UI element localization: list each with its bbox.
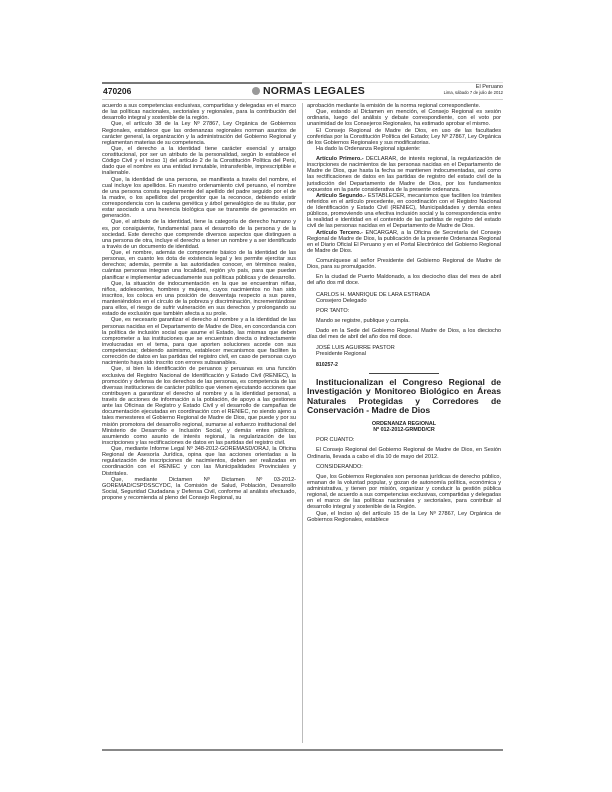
footer-rule xyxy=(102,749,503,751)
right-column: aprobación mediante la emisión de la nor… xyxy=(307,103,501,523)
paragraph: Que, la situación de indocumentación en … xyxy=(102,281,296,318)
dado: Dado en la Sede del Gobierno Regional Ma… xyxy=(307,328,501,340)
paragraph: Que, el nombre, además de componente bás… xyxy=(102,250,296,281)
article-headline: Institucionalizan el Congreso Regional d… xyxy=(307,378,501,415)
article-label: Artículo Segundo.- xyxy=(316,193,366,199)
article-first: Artículo Primero.- DECLARAR, de interés … xyxy=(307,156,501,193)
paragraph: Que, mediante Informe Legal Nº 348-2012-… xyxy=(102,446,296,477)
ordinance-number: Nº 012-2012-GRMDD/CR xyxy=(307,427,501,433)
paragraph: Que, mediante Dictamen Nº Dictamen Nº 03… xyxy=(102,477,296,502)
consejo-paragraph: El Consejo Regional del Gobierno Regiona… xyxy=(307,447,501,459)
ordinance-heading: ORDENANZA REGIONAL Nº 012-2012-GRMDD/CR xyxy=(307,421,501,433)
page-number: 470206 xyxy=(103,86,131,96)
considerando: CONSIDERANDO: xyxy=(307,464,501,470)
header-rule-light xyxy=(302,82,503,83)
section-title-text: NORMAS LEGALES xyxy=(263,85,365,97)
paragraph: Que, la identidad de una persona, se man… xyxy=(102,177,296,220)
paragraph: Que, el artículo 38 de la Ley Nº 27867, … xyxy=(102,121,296,146)
article-label: Artículo Primero.- xyxy=(316,156,364,162)
paragraph: Que, el derecho a la identidad tiene car… xyxy=(102,146,296,177)
header-bottom-rule xyxy=(102,99,503,100)
section-separator xyxy=(369,373,439,374)
header-rule xyxy=(102,82,302,84)
article-text: ESTABLECER, mecanismos que faciliten los… xyxy=(307,193,501,230)
signature-block: CARLOS H. MANRIQUE DE LARA ESTRADA Conse… xyxy=(307,292,501,304)
mando: Mando se registre, publique y cumpla. xyxy=(307,318,501,324)
signer-role: Consejero Delegado xyxy=(307,298,501,304)
paragraph: acuerdo a sus competencias exclusivas, c… xyxy=(102,103,296,121)
por-cuanto: POR CUANTO: xyxy=(307,437,501,443)
article-columns: acuerdo a sus competencias exclusivas, c… xyxy=(102,103,503,749)
issue-date: Lima, sábado 7 de julio de 2012 xyxy=(444,90,503,96)
por-tanto: POR TANTO: xyxy=(307,308,501,314)
paragraph: El Consejo Regional de Madre de Dios, en… xyxy=(307,128,501,146)
communique: Comuníquese al señor Presidente del Gobi… xyxy=(307,258,501,270)
masthead: El Peruano Lima, sábado 7 de julio de 20… xyxy=(444,84,503,96)
paragraph: Que, estando al Dictamen en mención, el … xyxy=(307,109,501,127)
article-third: Artículo Tercero.- ENCARGAR, a la Oficin… xyxy=(307,230,501,255)
paragraph: Que, es necesario garantizar el derecho … xyxy=(102,317,296,366)
article-text: DECLARAR, de interés regional, la regula… xyxy=(307,156,501,193)
article-label: Artículo Tercero.- xyxy=(316,230,363,236)
paragraph: Que, los Gobiernos Regionales son person… xyxy=(307,474,501,511)
page-header: 470206 NORMAS LEGALES El Peruano Lima, s… xyxy=(102,82,503,100)
coat-of-arms-icon xyxy=(252,87,260,95)
newspaper-page: 470206 NORMAS LEGALES El Peruano Lima, s… xyxy=(102,82,503,100)
paragraph: Que, el atributo de la identidad, tiene … xyxy=(102,219,296,250)
paragraph: Ha dado la Ordenanza Regional siguiente: xyxy=(307,146,501,152)
paragraph: Que, si bien la identificación de peruan… xyxy=(102,366,296,446)
column-divider xyxy=(302,103,303,743)
signer-role: Presidente Regional xyxy=(307,351,501,357)
article-second: Artículo Segundo.- ESTABLECER, mecanismo… xyxy=(307,193,501,230)
left-column: acuerdo a sus competencias exclusivas, c… xyxy=(102,103,296,501)
publication-code: 810257-2 xyxy=(307,362,501,368)
paragraph: Que, el Inciso a) del artículo 15 de la … xyxy=(307,511,501,523)
place-date: En la ciudad de Puerto Maldonado, a los … xyxy=(307,274,501,286)
signature-block: JOSÉ LUIS AGUIRRE PASTOR Presidente Regi… xyxy=(307,345,501,357)
section-title: NORMAS LEGALES xyxy=(252,85,365,97)
